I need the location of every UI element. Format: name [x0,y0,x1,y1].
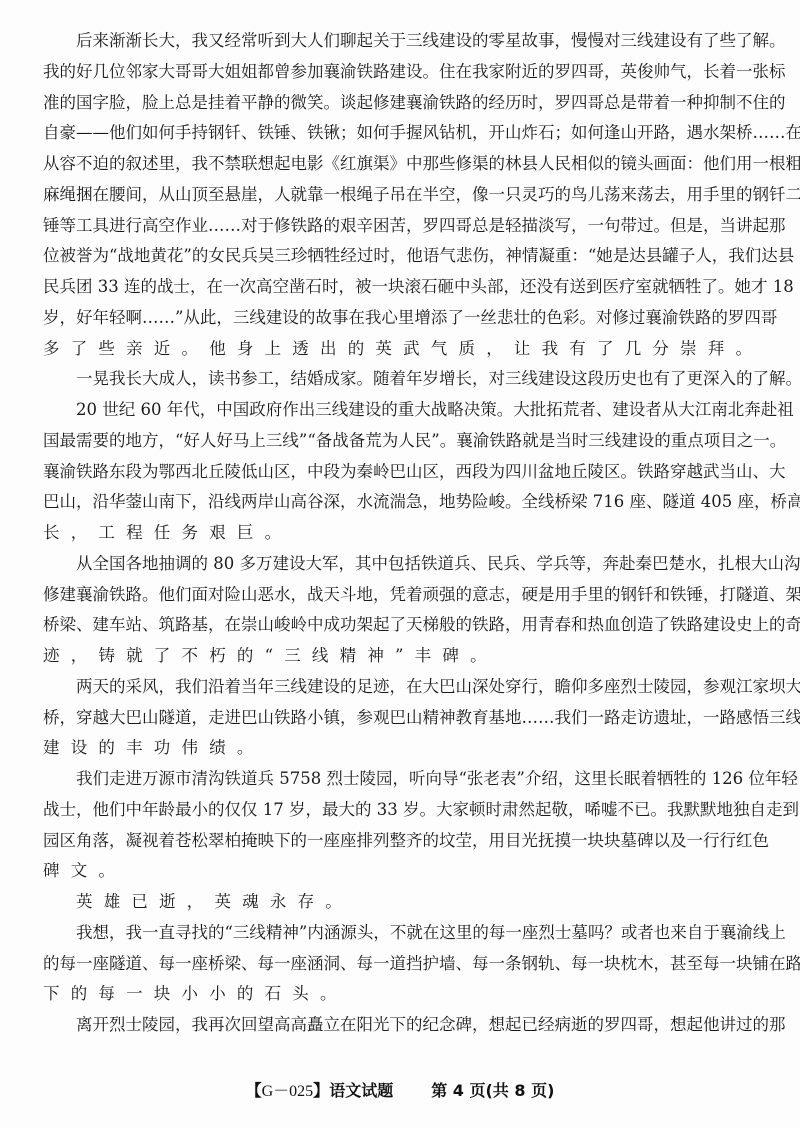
text-line: 桥，穿越大巴山隧道，走进巴山铁路小镇，参观巴山精神教育基地……我们一路走访遗址，… [43,703,760,734]
text-line: 建设的丰功伟绩。 [43,733,760,764]
text-line: 的每一座隧道、每一座桥梁、每一座涵洞、每一道挡护墙、每一条钢轨、每一块枕木，甚至… [43,949,760,980]
text-line: 园区角落，凝视着苍松翠柏掩映下的一座座排列整齐的坟茔，用目光抚摸一块块墓碑以及一… [43,826,760,857]
text-line: 桥梁、建车站、筑路基，在崇山峻岭中成功架起了天梯般的铁路，用青春和热血创造了铁路… [43,610,760,641]
text-line: 从容不迫的叙述里，我不禁联想起电影《红旗渠》中那些修渠的林县人民相似的镜头画面：… [43,149,760,180]
text-line: 英雄已逝，英魂永存。 [43,887,760,918]
text-line: 从全国各地抽调的 80 多万建设大军，其中包括铁道兵、民兵、学兵等，奔赴秦巴楚水… [43,549,760,580]
text-line: 民兵团 33 连的战士，在一次高空凿石时，被一块滚石砸中头部，还没有送到医疗室就… [43,272,760,303]
text-line: 锤等工具进行高空作业……对于修铁路的艰辛困苦，罗四哥总是轻描淡写，一句带过。但是… [43,211,760,242]
text-line: 自豪——他们如何手持钢钎、铁锤、铁锹；如何手握风钻机，开山炸石；如何逢山开路，遇… [43,118,760,149]
text-line: 我们走进万源市清沟铁道兵 5758 烈士陵园，听向导“张老表”介绍，这里长眠着牺… [43,764,760,795]
text-line: 离开烈士陵园，我再次回望高高矗立在阳光下的纪念碑，想起已经病逝的罗四哥，想起他讲… [43,1010,760,1041]
text-line: 修建襄渝铁路。他们面对险山恶水，战天斗地，凭着顽强的意志，硬是用手里的钢钎和铁锤… [43,580,760,611]
article-body: 后来渐渐长大，我又经常听到大人们聊起关于三线建设的零星故事，慢慢对三线建设有了些… [43,26,760,1041]
text-line: 多了些亲近。他身上透出的英武气质，让我有了几分崇拜。 [43,334,760,365]
text-line: 下的每一块小小的石头。 [43,979,760,1010]
text-line: 长，工程任务艰巨。 [43,518,760,549]
exam-code: 【G－025】 [246,1083,330,1100]
text-line: 位被誉为“战地黄花”的女民兵吴三珍牺牲经过时，他语气悲伤，神情凝重：“她是达县罐… [43,241,760,272]
text-line: 战士，他们中年龄最小的仅仅 17 岁，最大的 33 岁。大家顿时肃然起敬，唏嘘不… [43,795,760,826]
text-line: 国最需要的地方，“好人好马上三线”“备战备荒为人民”。襄渝铁路就是当时三线建设的… [43,426,760,457]
text-line: 一晃我长大成人，读书参工，结婚成家。随着年岁增长，对三线建设这段历史也有了更深入… [43,364,760,395]
text-line: 20 世纪 60 年代，中国政府作出三线建设的重大战略决策。大批拓荒者、建设者从… [43,395,760,426]
text-line: 两天的采风，我们沿着当年三线建设的足迹，在大巴山深处穿行，瞻仰多座烈士陵园，参观… [43,672,760,703]
text-line: 碑文。 [43,856,760,887]
text-line: 我想，我一直寻找的“三线精神”内涵源头，不就在这里的每一座烈士墓吗？或者也来自于… [43,918,760,949]
text-line: 准的国字脸，脸上总是挂着平静的微笑。谈起修建襄渝铁路的经历时，罗四哥总是带着一种… [43,88,760,119]
text-line: 麻绳捆在腰间，从山顶至悬崖，人就靠一根绳子吊在半空，像一只灵巧的鸟儿荡来荡去，用… [43,180,760,211]
exam-subject: 语文试题 [329,1081,393,1100]
exam-page: 后来渐渐长大，我又经常听到大人们聊起关于三线建设的零星故事，慢慢对三线建设有了些… [0,0,800,1128]
text-line: 后来渐渐长大，我又经常听到大人们聊起关于三线建设的零星故事，慢慢对三线建设有了些… [43,26,760,57]
text-line: 襄渝铁路东段为鄂西北丘陵低山区，中段为秦岭巴山区，西段为四川盆地丘陵区。铁路穿越… [43,457,760,488]
text-line: 迹，铸就了不朽的“三线精神”丰碑。 [43,641,760,672]
text-line: 巴山，沿华蓥山南下，沿线两岸山高谷深，水流湍急，地势险峻。全线桥梁 716 座、… [43,487,760,518]
page-footer: 【G－025】语文试题第 4 页(共 8 页) [0,1078,800,1101]
text-line: 岁，好年轻啊……”从此，三线建设的故事在我心里增添了一丝悲壮的色彩。对修过襄渝铁… [43,303,760,334]
page-number: 第 4 页(共 8 页) [431,1081,554,1100]
text-line: 我的好几位邻家大哥哥大姐姐都曾参加襄渝铁路建设。住在我家附近的罗四哥，英俊帅气，… [43,57,760,88]
